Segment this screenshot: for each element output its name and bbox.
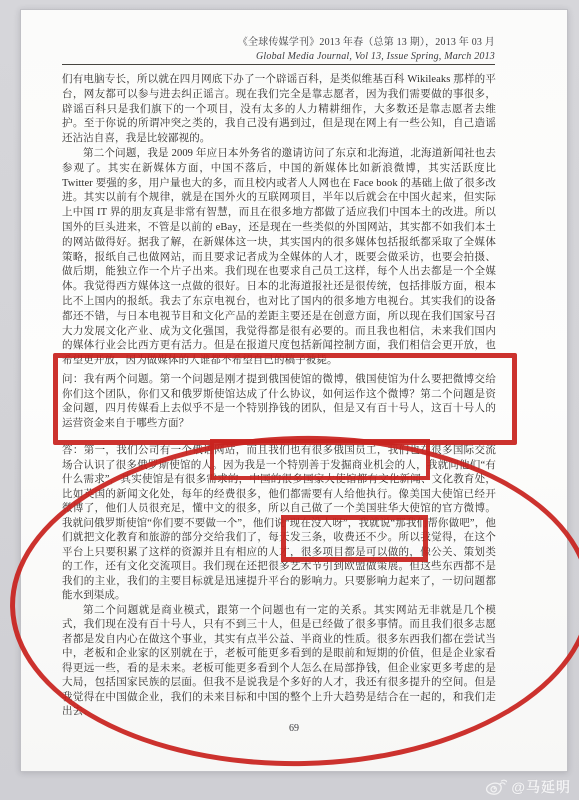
weibo-icon: [485, 779, 507, 796]
scanned-page-photo: 《全球传媒学刊》2013 年春（总第 13 期），2013 年 03 月 Glo…: [0, 0, 579, 800]
journal-title-cn: 《全球传媒学刊》2013 年春（总第 13 期），2013 年 03 月: [62, 36, 495, 50]
body-text-top: 们有电脑专长，所以就在四月网底下办了一个辟谣百科，是类似维基百科 Wikilea…: [62, 73, 496, 369]
answer-paragraph-2: 第二个问题就是商业模式，跟第一个问题也有一定的关系。其实网站无非就是几个模式，我…: [62, 604, 496, 720]
journal-title-en: Global Media Journal, Vol 13, Issue Spri…: [62, 50, 495, 64]
watermark-text: @马延明: [511, 777, 571, 797]
body-paragraph-continuation: 们有电脑专长，所以就在四月网底下办了一个辟谣百科，是类似维基百科 Wikilea…: [62, 73, 496, 147]
document-page: 《全球传媒学刊》2013 年春（总第 13 期），2013 年 03 月 Glo…: [20, 9, 568, 772]
page-number: 69: [21, 723, 567, 734]
interview-question-block: 问：我有两个问题。第一个问题是刚才提到俄国使馆的微博，俄国使馆为什么要把微博交给…: [62, 373, 496, 431]
header-rule: [62, 64, 495, 65]
journal-header: 《全球传媒学刊》2013 年春（总第 13 期），2013 年 03 月 Glo…: [62, 36, 495, 63]
question-paragraph: 问：我有两个问题。第一个问题是刚才提到俄国使馆的微博，俄国使馆为什么要把微博交给…: [62, 373, 496, 431]
watermark: @马延明: [485, 777, 571, 797]
answer-paragraph-1: 答：第一，我们公司有一个俄语网站，而且我们也有很多俄国员工，我们也在很多国际交流…: [62, 444, 496, 604]
body-paragraph-second-question: 第二个问题，我是 2009 年应日本外务省的邀请访问了东京和北海道，北海道新闻社…: [62, 147, 496, 369]
interview-answer-block: 答：第一，我们公司有一个俄语网站，而且我们也有很多俄国员工，我们也在很多国际交流…: [62, 444, 496, 720]
